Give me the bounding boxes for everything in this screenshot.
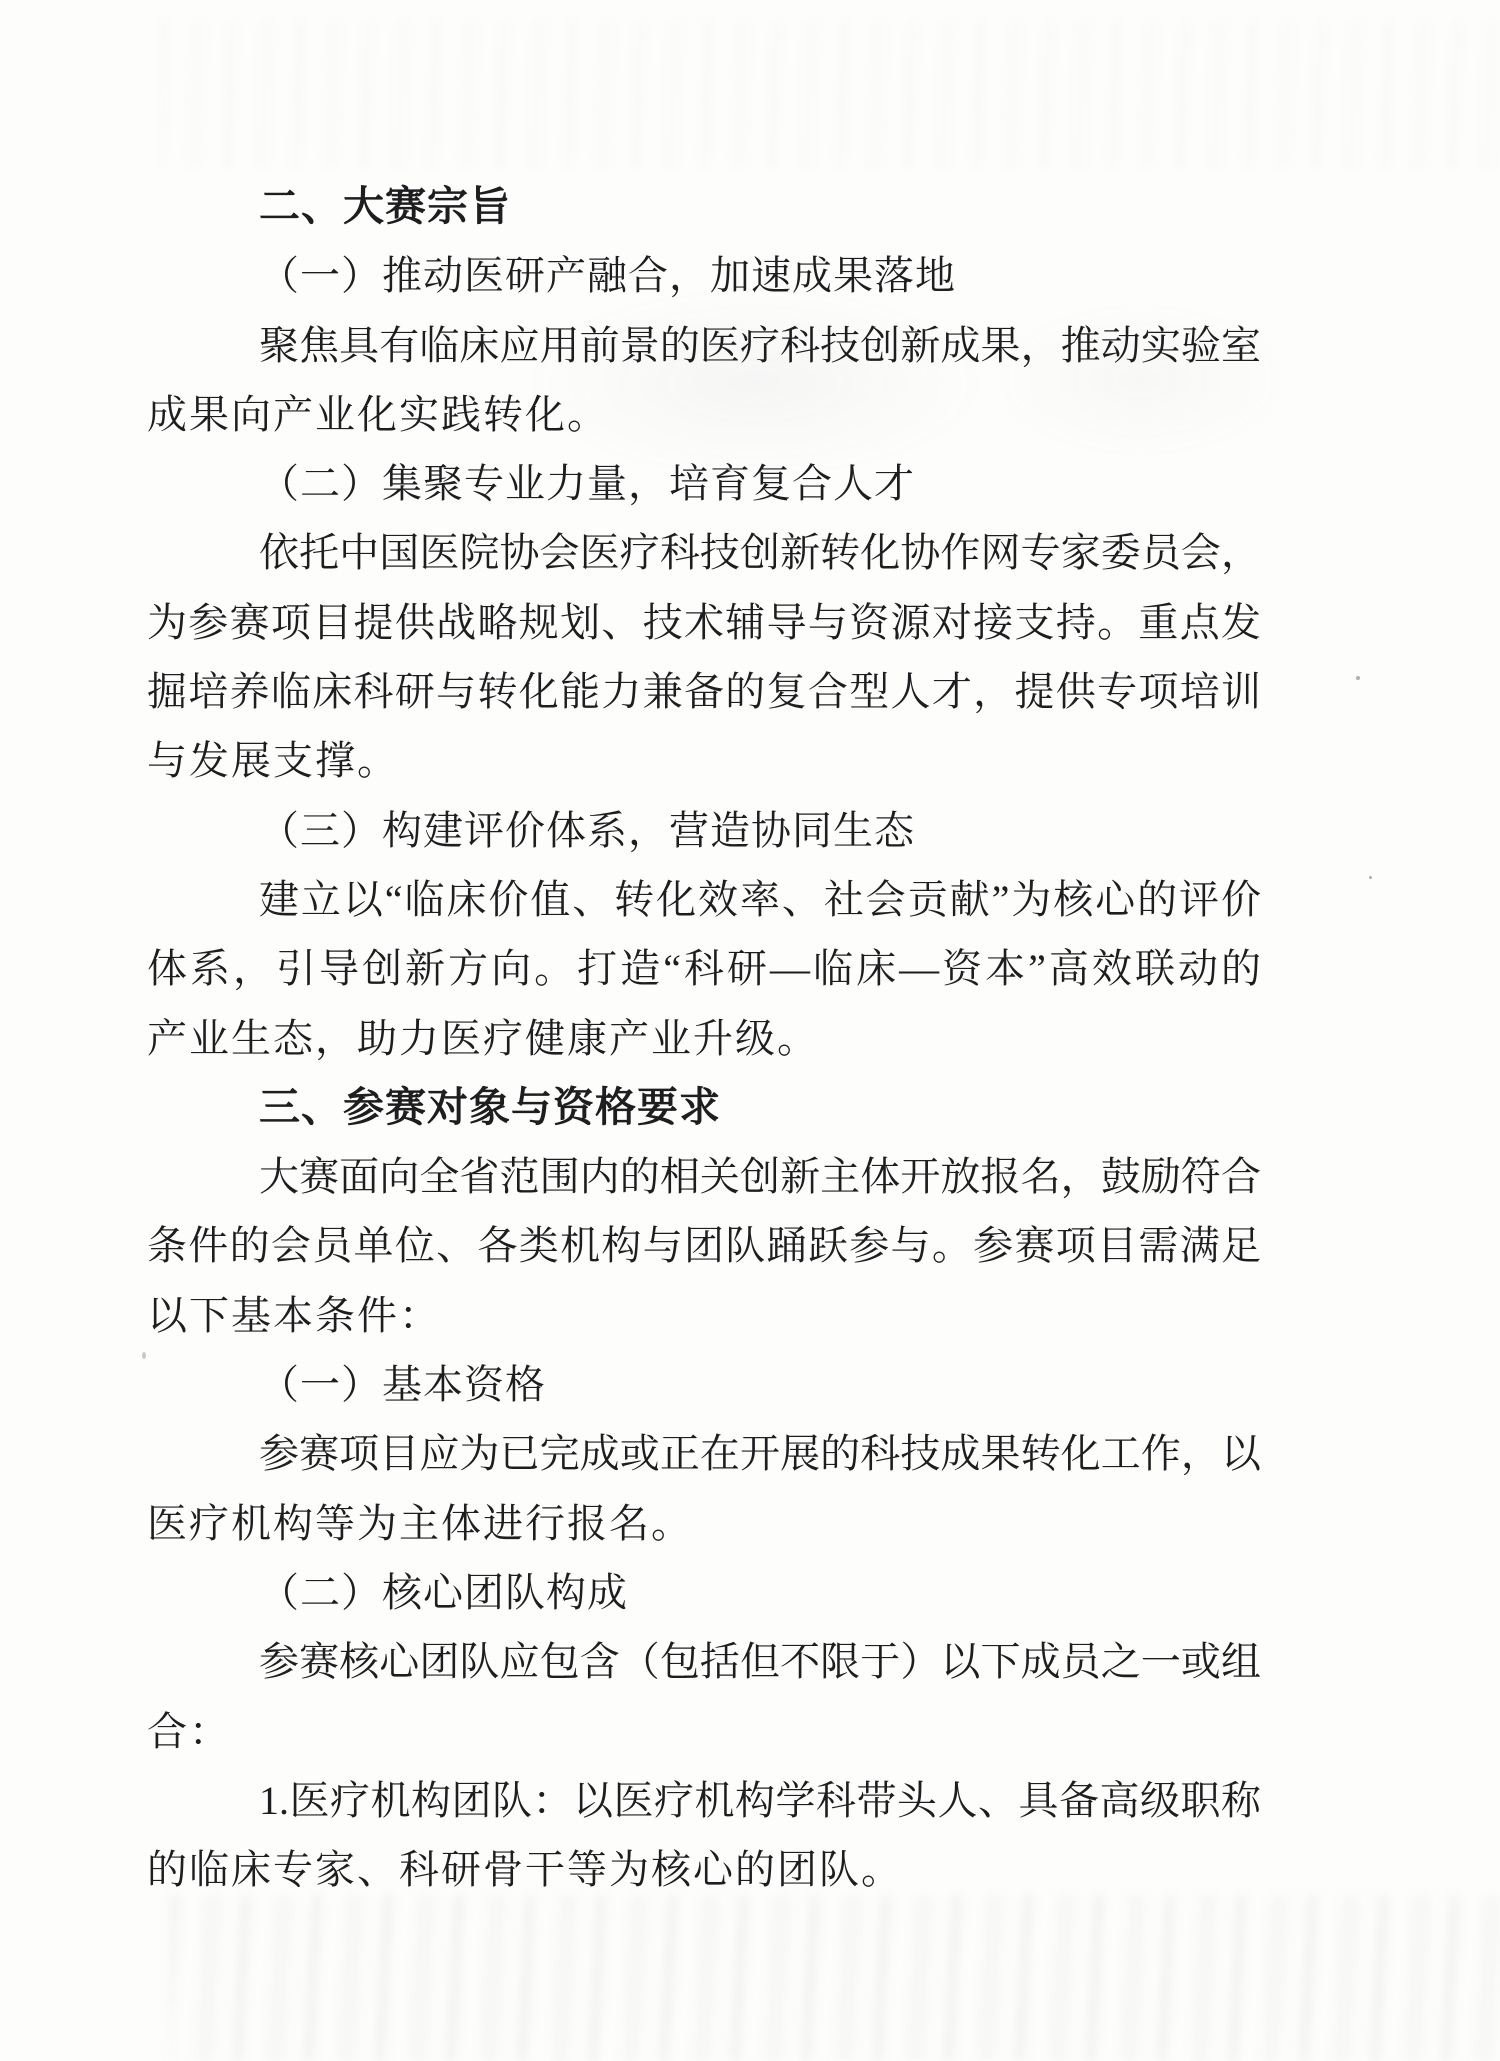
- line-09-paragraph: 与发展支撑。: [147, 726, 1261, 795]
- line-25-paragraph: 的临床专家、科研骨干等为核心的团队。: [147, 1835, 1261, 1904]
- document-body: 二、大赛宗旨 （一）推动医研产融合，加速成果落地 聚焦具有临床应用前景的医疗科技…: [147, 172, 1261, 1904]
- line-14-section-heading-3: 三、参赛对象与资格要求: [147, 1073, 1261, 1142]
- scan-speck: [142, 1352, 146, 1359]
- line-01-section-heading-2: 二、大赛宗旨: [147, 172, 1261, 241]
- line-05-subheading-2-2: （二）集聚专业力量，培育复合人才: [147, 449, 1261, 518]
- line-17-paragraph: 以下基本条件：: [147, 1281, 1261, 1350]
- line-23-paragraph: 合：: [147, 1697, 1261, 1766]
- line-08-paragraph: 掘培养临床科研与转化能力兼备的复合型人才，提供专项培训: [147, 657, 1261, 726]
- scan-ghosting-top: [160, 20, 1500, 170]
- line-03-paragraph: 聚焦具有临床应用前景的医疗科技创新成果，推动实验室: [147, 311, 1261, 380]
- scan-speck: [1369, 876, 1372, 879]
- line-18-subheading-3-1: （一）基本资格: [147, 1350, 1261, 1419]
- line-20-paragraph: 医疗机构等为主体进行报名。: [147, 1489, 1261, 1558]
- line-12-paragraph: 体系，引导创新方向。打造“科研—临床—资本”高效联动的: [147, 934, 1261, 1003]
- scanned-document-page: 二、大赛宗旨 （一）推动医研产融合，加速成果落地 聚焦具有临床应用前景的医疗科技…: [0, 0, 1500, 2061]
- line-11-paragraph: 建立以“临床价值、转化效率、社会贡献”为核心的评价: [147, 865, 1261, 934]
- scan-speck: [1356, 676, 1360, 680]
- line-10-subheading-2-3: （三）构建评价体系，营造协同生态: [147, 796, 1261, 865]
- line-06-paragraph: 依托中国医院协会医疗科技创新转化协作网专家委员会，: [147, 518, 1261, 587]
- line-22-paragraph: 参赛核心团队应包含（包括但不限于）以下成员之一或组: [147, 1627, 1261, 1696]
- line-04-paragraph: 成果向产业化实践转化。: [147, 380, 1261, 449]
- scan-ghosting-bottom: [170, 1895, 1500, 2061]
- line-19-paragraph: 参赛项目应为已完成或正在开展的科技成果转化工作，以: [147, 1419, 1261, 1488]
- line-07-paragraph: 为参赛项目提供战略规划、技术辅导与资源对接支持。重点发: [147, 588, 1261, 657]
- line-13-paragraph: 产业生态，助力医疗健康产业升级。: [147, 1004, 1261, 1073]
- line-16-paragraph: 条件的会员单位、各类机构与团队踊跃参与。参赛项目需满足: [147, 1211, 1261, 1280]
- line-02-subheading-2-1: （一）推动医研产融合，加速成果落地: [147, 241, 1261, 310]
- line-21-subheading-3-2: （二）核心团队构成: [147, 1558, 1261, 1627]
- line-24-list-item-1: 1.医疗机构团队：以医疗机构学科带头人、具备高级职称: [147, 1766, 1261, 1835]
- line-15-paragraph: 大赛面向全省范围内的相关创新主体开放报名，鼓励符合: [147, 1142, 1261, 1211]
